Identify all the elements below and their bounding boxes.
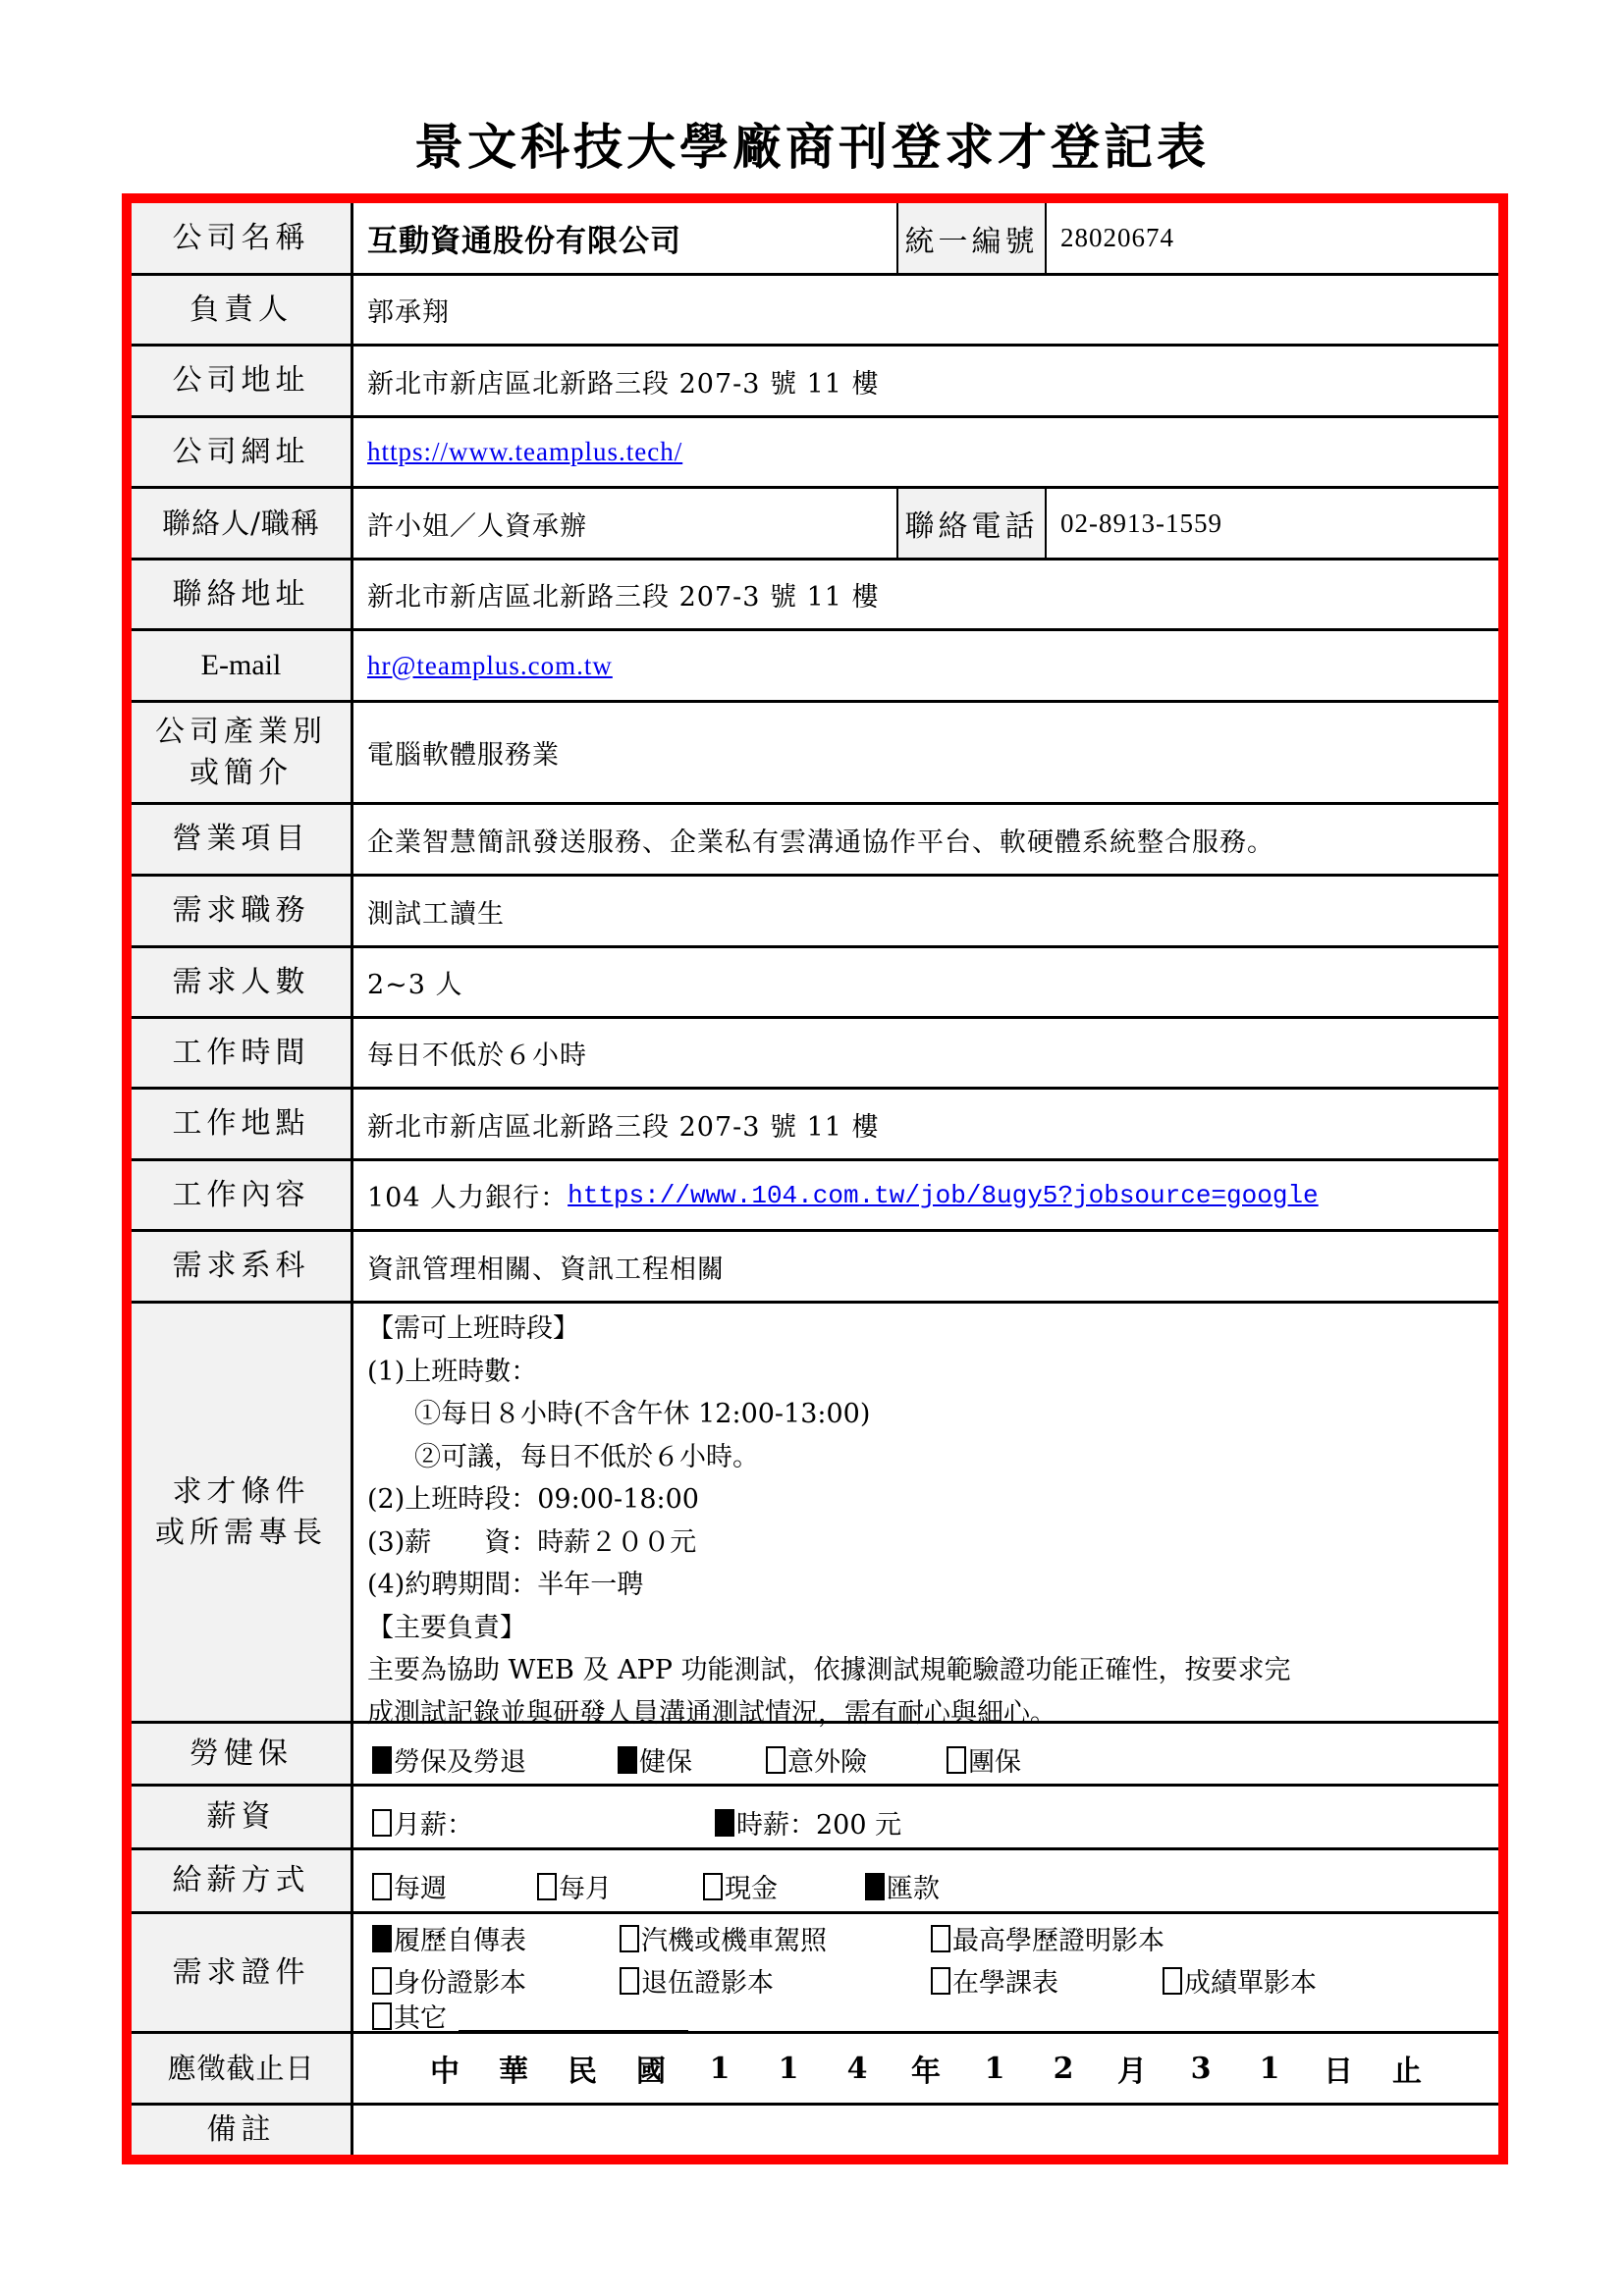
position-value: 測試工讀生 — [353, 877, 1498, 945]
row-hours: 工作時間 每日不低於６小時 — [132, 1019, 1498, 1090]
checkbox-discharge-copy[interactable]: 退伍證影本 — [620, 1961, 774, 2000]
checkbox-checked-icon — [618, 1746, 637, 1774]
checkbox-empty-icon — [1163, 1967, 1182, 1995]
checkbox-driver-license[interactable]: 汽機或機車駕照 — [620, 1919, 827, 1957]
row-remarks: 備註 — [132, 2106, 1498, 2155]
checkbox-hourly-salary[interactable]: 時薪：200 元 — [715, 1803, 901, 1842]
row-company-name: 公司名稱 互動資通股份有限公司 統一編號 28020674 — [132, 203, 1498, 276]
label-business: 營業項目 — [132, 805, 353, 874]
row-salary: 薪資 月薪： 時薪：200 元 — [132, 1787, 1498, 1850]
checkbox-empty-icon — [372, 2002, 392, 2030]
checkbox-monthly[interactable]: 每月 — [537, 1867, 612, 1905]
label-salary: 薪資 — [132, 1787, 353, 1847]
row-position: 需求職務 測試工讀生 — [132, 877, 1498, 948]
row-contact-address: 聯絡地址 新北市新店區北新路三段 207-3 號 11 樓 — [132, 561, 1498, 631]
checkbox-transcript-copy[interactable]: 成績單影本 — [1163, 1961, 1317, 2000]
row-deadline: 應徵截止日 中 華 民 國 1 1 4 年 1 2 月 3 1 日 止 — [132, 2034, 1498, 2106]
checkbox-accident-insurance[interactable]: 意外險 — [766, 1740, 867, 1779]
label-contact: 聯絡人/職稱 — [132, 489, 353, 558]
label-deadline: 應徵截止日 — [132, 2034, 353, 2103]
label-headcount: 需求人數 — [132, 948, 353, 1016]
label-address: 公司地址 — [132, 347, 353, 415]
row-content: 工作內容 104 人力銀行： https://www.104.com.tw/jo… — [132, 1161, 1498, 1232]
checkbox-checked-icon — [372, 1925, 392, 1952]
checkbox-empty-icon — [620, 1925, 639, 1952]
label-content: 工作內容 — [132, 1161, 353, 1229]
contact-address-value: 新北市新店區北新路三段 207-3 號 11 樓 — [353, 561, 1498, 628]
row-headcount: 需求人數 2~3 人 — [132, 948, 1498, 1019]
website-link[interactable]: https://www.teamplus.tech/ — [367, 437, 682, 467]
other-blank-line[interactable] — [459, 2001, 688, 2032]
row-contact: 聯絡人/職稱 許小姐／人資承辦 聯絡電話 02-8913-1559 — [132, 489, 1498, 561]
owner-value: 郭承翔 — [353, 276, 1498, 344]
label-tax-id: 統一編號 — [896, 203, 1047, 273]
business-value: 企業智慧簡訊發送服務、企業私有雲溝通協作平台、軟硬體系統整合服務。 — [353, 805, 1498, 874]
checkbox-empty-icon — [372, 1809, 392, 1837]
checkbox-checked-icon — [715, 1809, 734, 1837]
email-link[interactable]: hr@teamplus.com.tw — [367, 651, 613, 681]
checkbox-transfer[interactable]: 匯款 — [865, 1867, 940, 1905]
checkbox-health-insurance[interactable]: 健保 — [618, 1740, 692, 1779]
checkbox-weekly[interactable]: 每週 — [372, 1867, 447, 1905]
label-payment: 給薪方式 — [132, 1850, 353, 1911]
form-title: 景文科技大學廠商刊登求才登記表 — [0, 116, 1624, 179]
label-contact-address: 聯絡地址 — [132, 561, 353, 628]
row-email: E-mail hr@teamplus.com.tw — [132, 631, 1498, 703]
label-insurance: 勞健保 — [132, 1724, 353, 1784]
label-requirements: 求才條件 或所需專長 — [132, 1304, 353, 1721]
row-business: 營業項目 企業智慧簡訊發送服務、企業私有雲溝通協作平台、軟硬體系統整合服務。 — [132, 805, 1498, 877]
checkbox-diploma-copy[interactable]: 最高學歷證明影本 — [931, 1919, 1164, 1957]
hours-value: 每日不低於６小時 — [353, 1019, 1498, 1087]
row-payment: 給薪方式 每週 每月 現金 匯款 — [132, 1850, 1498, 1914]
checkbox-checked-icon — [865, 1873, 885, 1900]
checkbox-empty-icon — [620, 1967, 639, 1995]
row-address: 公司地址 新北市新店區北新路三段 207-3 號 11 樓 — [132, 347, 1498, 418]
checkbox-empty-icon — [372, 1967, 392, 1995]
job-104-link[interactable]: https://www.104.com.tw/job/8ugy5?jobsour… — [568, 1181, 1319, 1210]
checkbox-empty-icon — [703, 1873, 723, 1900]
tax-id-value: 28020674 — [1047, 203, 1498, 273]
row-insurance: 勞健保 勞保及勞退 健保 意外險 團保 — [132, 1724, 1498, 1787]
checkbox-group-insurance[interactable]: 團保 — [947, 1740, 1021, 1779]
row-owner: 負責人 郭承翔 — [132, 276, 1498, 347]
remarks-value[interactable] — [353, 2106, 1498, 2155]
checkbox-class-schedule[interactable]: 在學課表 — [931, 1961, 1058, 2000]
deadline-value: 中 華 民 國 1 1 4 年 1 2 月 3 1 日 止 — [353, 2034, 1498, 2103]
checkbox-id-copy[interactable]: 身份證影本 — [372, 1961, 526, 2000]
checkbox-other[interactable]: 其它 — [372, 1997, 688, 2035]
industry-value: 電腦軟體服務業 — [353, 703, 1498, 802]
checkbox-empty-icon — [372, 1873, 392, 1900]
location-value: 新北市新店區北新路三段 207-3 號 11 樓 — [353, 1090, 1498, 1158]
row-requirements: 求才條件 或所需專長 【需可上班時段】 (1)上班時數： ①每日８小時(不含午休… — [132, 1304, 1498, 1724]
row-dept: 需求系科 資訊管理相關、資訊工程相關 — [132, 1232, 1498, 1304]
label-hours: 工作時間 — [132, 1019, 353, 1087]
address-value: 新北市新店區北新路三段 207-3 號 11 樓 — [353, 347, 1498, 415]
requirements-text: 【需可上班時段】 (1)上班時數： ①每日８小時(不含午休 12:00-13:0… — [353, 1304, 1498, 1721]
content-prefix: 104 人力銀行： — [367, 1176, 568, 1214]
label-owner: 負責人 — [132, 276, 353, 344]
checkbox-empty-icon — [931, 1967, 950, 1995]
headcount-value: 2~3 人 — [353, 948, 1498, 1016]
row-website: 公司網址 https://www.teamplus.tech/ — [132, 418, 1498, 489]
label-remarks: 備註 — [132, 2106, 353, 2155]
checkbox-empty-icon — [931, 1925, 950, 1952]
label-phone: 聯絡電話 — [896, 489, 1047, 558]
company-name-value: 互動資通股份有限公司 — [353, 203, 906, 273]
checkbox-labor-insurance[interactable]: 勞保及勞退 — [372, 1740, 526, 1779]
row-location: 工作地點 新北市新店區北新路三段 207-3 號 11 樓 — [132, 1090, 1498, 1161]
label-position: 需求職務 — [132, 877, 353, 945]
checkbox-checked-icon — [372, 1746, 392, 1774]
dept-value: 資訊管理相關、資訊工程相關 — [353, 1232, 1498, 1301]
registration-form: 公司名稱 互動資通股份有限公司 統一編號 28020674 負責人 郭承翔 公司… — [122, 193, 1508, 2164]
label-documents: 需求證件 — [132, 1914, 353, 2031]
contact-value: 許小姐／人資承辦 — [353, 489, 896, 558]
label-location: 工作地點 — [132, 1090, 353, 1158]
row-documents: 需求證件 履歷自傳表 汽機或機車駕照 最高學歷證明影本 身份證影本 退伍證影本 … — [132, 1914, 1498, 2034]
label-dept: 需求系科 — [132, 1232, 353, 1301]
checkbox-monthly-salary[interactable]: 月薪： — [372, 1803, 473, 1842]
label-website: 公司網址 — [132, 418, 353, 486]
label-industry: 公司產業別 或簡介 — [132, 703, 353, 802]
checkbox-empty-icon — [947, 1746, 966, 1774]
phone-value: 02-8913-1559 — [1047, 489, 1498, 558]
label-email: E-mail — [132, 631, 353, 700]
checkbox-empty-icon — [766, 1746, 785, 1774]
checkbox-cash[interactable]: 現金 — [703, 1867, 778, 1905]
checkbox-empty-icon — [537, 1873, 557, 1900]
checkbox-resume[interactable]: 履歷自傳表 — [372, 1919, 526, 1957]
row-industry: 公司產業別 或簡介 電腦軟體服務業 — [132, 703, 1498, 805]
label-company-name: 公司名稱 — [132, 203, 353, 273]
